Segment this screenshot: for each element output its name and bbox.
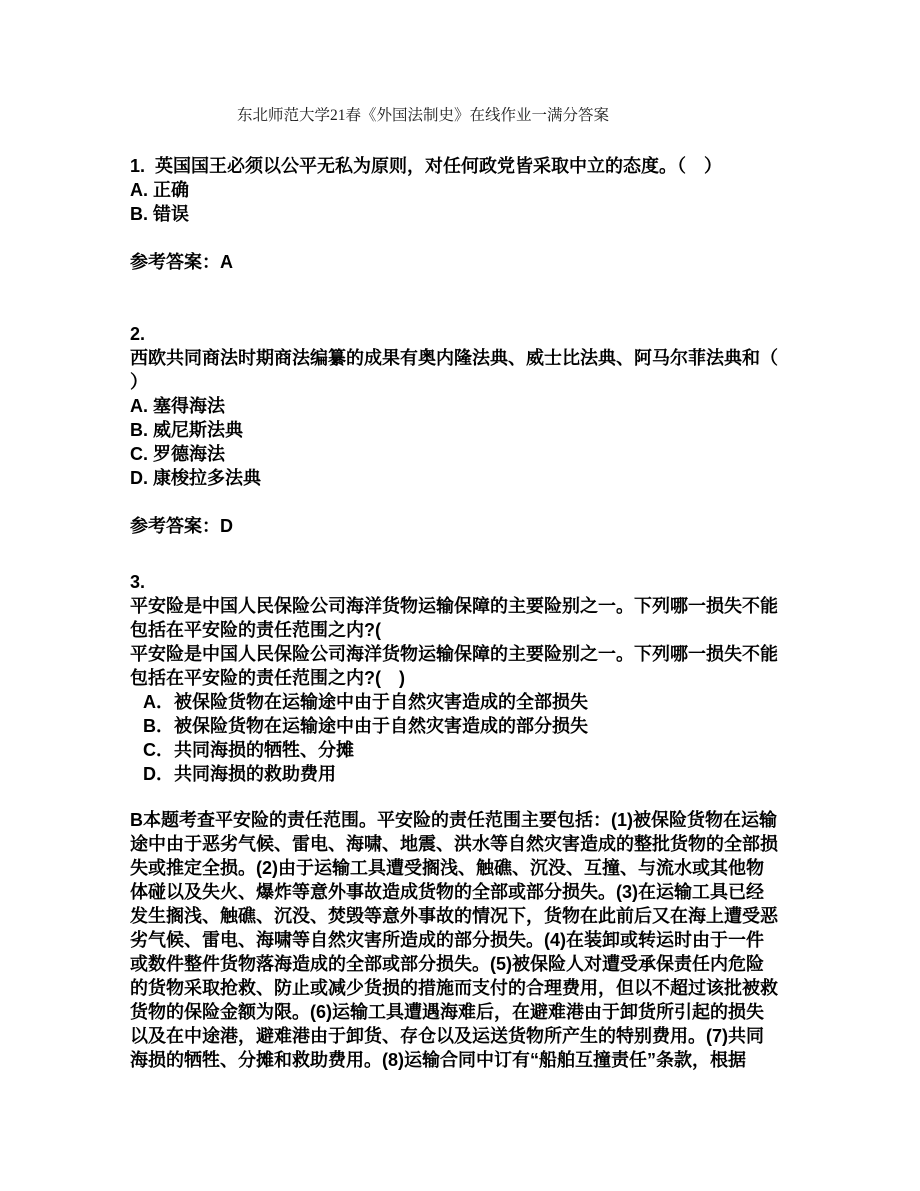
- question-2-option-b: B. 威尼斯法典: [130, 418, 890, 442]
- question-1-text: 1. 英国国王必须以公平无私为原则，对任何政党皆采取中立的态度。（ ）: [130, 154, 890, 178]
- explanation-line: 体碰以及失火、爆炸等意外事故造成货物的全部或部分损失。(3)在运输工具已经: [130, 880, 890, 904]
- document-page: 东北师范大学21春《外国法制史》在线作业一满分答案 1. 英国国王必须以公平无私…: [0, 0, 890, 1072]
- question-3-option-b: B．被保险货物在运输途中由于自然灾害造成的部分损失: [130, 714, 890, 738]
- question-2-text-line: ）: [130, 370, 890, 394]
- question-3-text-line: 平安险是中国人民保险公司海洋货物运输保障的主要险别之一。下列哪一损失不能: [130, 594, 890, 618]
- question-3-option-a: A．被保险货物在运输途中由于自然灾害造成的全部损失: [130, 690, 890, 714]
- question-3-option-d: D．共同海损的救助费用: [130, 762, 890, 786]
- question-3-text-line: 平安险是中国人民保险公司海洋货物运输保障的主要险别之一。下列哪一损失不能: [130, 642, 890, 666]
- question-2-answer: 参考答案：D: [130, 514, 890, 538]
- question-3-text-line: 包括在平安险的责任范围之内?( ): [130, 666, 890, 690]
- question-2-option-d: D. 康梭拉多法典: [130, 466, 890, 490]
- question-1-option-a: A. 正确: [130, 178, 890, 202]
- question-3-option-c: C．共同海损的牺牲、分摊: [130, 738, 890, 762]
- explanation-line: 途中由于恶劣气候、雷电、海啸、地震、洪水等自然灾害造成的整批货物的全部损: [130, 832, 890, 856]
- question-1: 1. 英国国王必须以公平无私为原则，对任何政党皆采取中立的态度。（ ） A. 正…: [130, 154, 890, 274]
- question-3-explanation: B本题考查平安险的责任范围。平安险的责任范围主要包括：(1)被保险货物在运输 途…: [130, 808, 890, 1072]
- explanation-line: 失或推定全损。(2)由于运输工具遭受搁浅、触礁、沉没、互撞、与流水或其他物: [130, 856, 890, 880]
- question-1-option-b: B. 错误: [130, 202, 890, 226]
- question-3-text-line: 包括在平安险的责任范围之内?(: [130, 618, 890, 642]
- question-2: 2. 西欧共同商法时期商法编纂的成果有奥内隆法典、威士比法典、阿马尔菲法典和（ …: [130, 322, 890, 538]
- explanation-line: 发生搁浅、触礁、沉没、焚毁等意外事故的情况下，货物在此前后又在海上遭受恶: [130, 904, 890, 928]
- question-2-option-c: C. 罗德海法: [130, 442, 890, 466]
- explanation-line: 以及在中途港，避难港由于卸货、存仓以及运送货物所产生的特别费用。(7)共同: [130, 1024, 890, 1048]
- question-3-number: 3.: [130, 570, 890, 594]
- question-2-option-a: A. 塞得海法: [130, 394, 890, 418]
- question-2-text-line: 西欧共同商法时期商法编纂的成果有奥内隆法典、威士比法典、阿马尔菲法典和（: [130, 346, 890, 370]
- explanation-line: 或数件整件货物落海造成的全部或部分损失。(5)被保险人对遭受承保责任内危险: [130, 952, 890, 976]
- explanation-line: 货物的保险金额为限。(6)运输工具遭遇海难后，在避难港由于卸货所引起的损失: [130, 1000, 890, 1024]
- page-title: 东北师范大学21春《外国法制史》在线作业一满分答案: [130, 104, 716, 128]
- question-3: 3. 平安险是中国人民保险公司海洋货物运输保障的主要险别之一。下列哪一损失不能 …: [130, 570, 890, 1072]
- question-2-number: 2.: [130, 322, 890, 346]
- explanation-line: B本题考查平安险的责任范围。平安险的责任范围主要包括：(1)被保险货物在运输: [130, 808, 890, 832]
- explanation-line: 海损的牺牲、分摊和救助费用。(8)运输合同中订有“船舶互撞责任”条款，根据: [130, 1048, 890, 1072]
- question-1-answer: 参考答案：A: [130, 250, 890, 274]
- explanation-line: 的货物采取抢救、防止或减少货损的措施而支付的合理费用，但以不超过该批被救: [130, 976, 890, 1000]
- explanation-line: 劣气候、雷电、海啸等自然灾害所造成的部分损失。(4)在装卸或转运时由于一件: [130, 928, 890, 952]
